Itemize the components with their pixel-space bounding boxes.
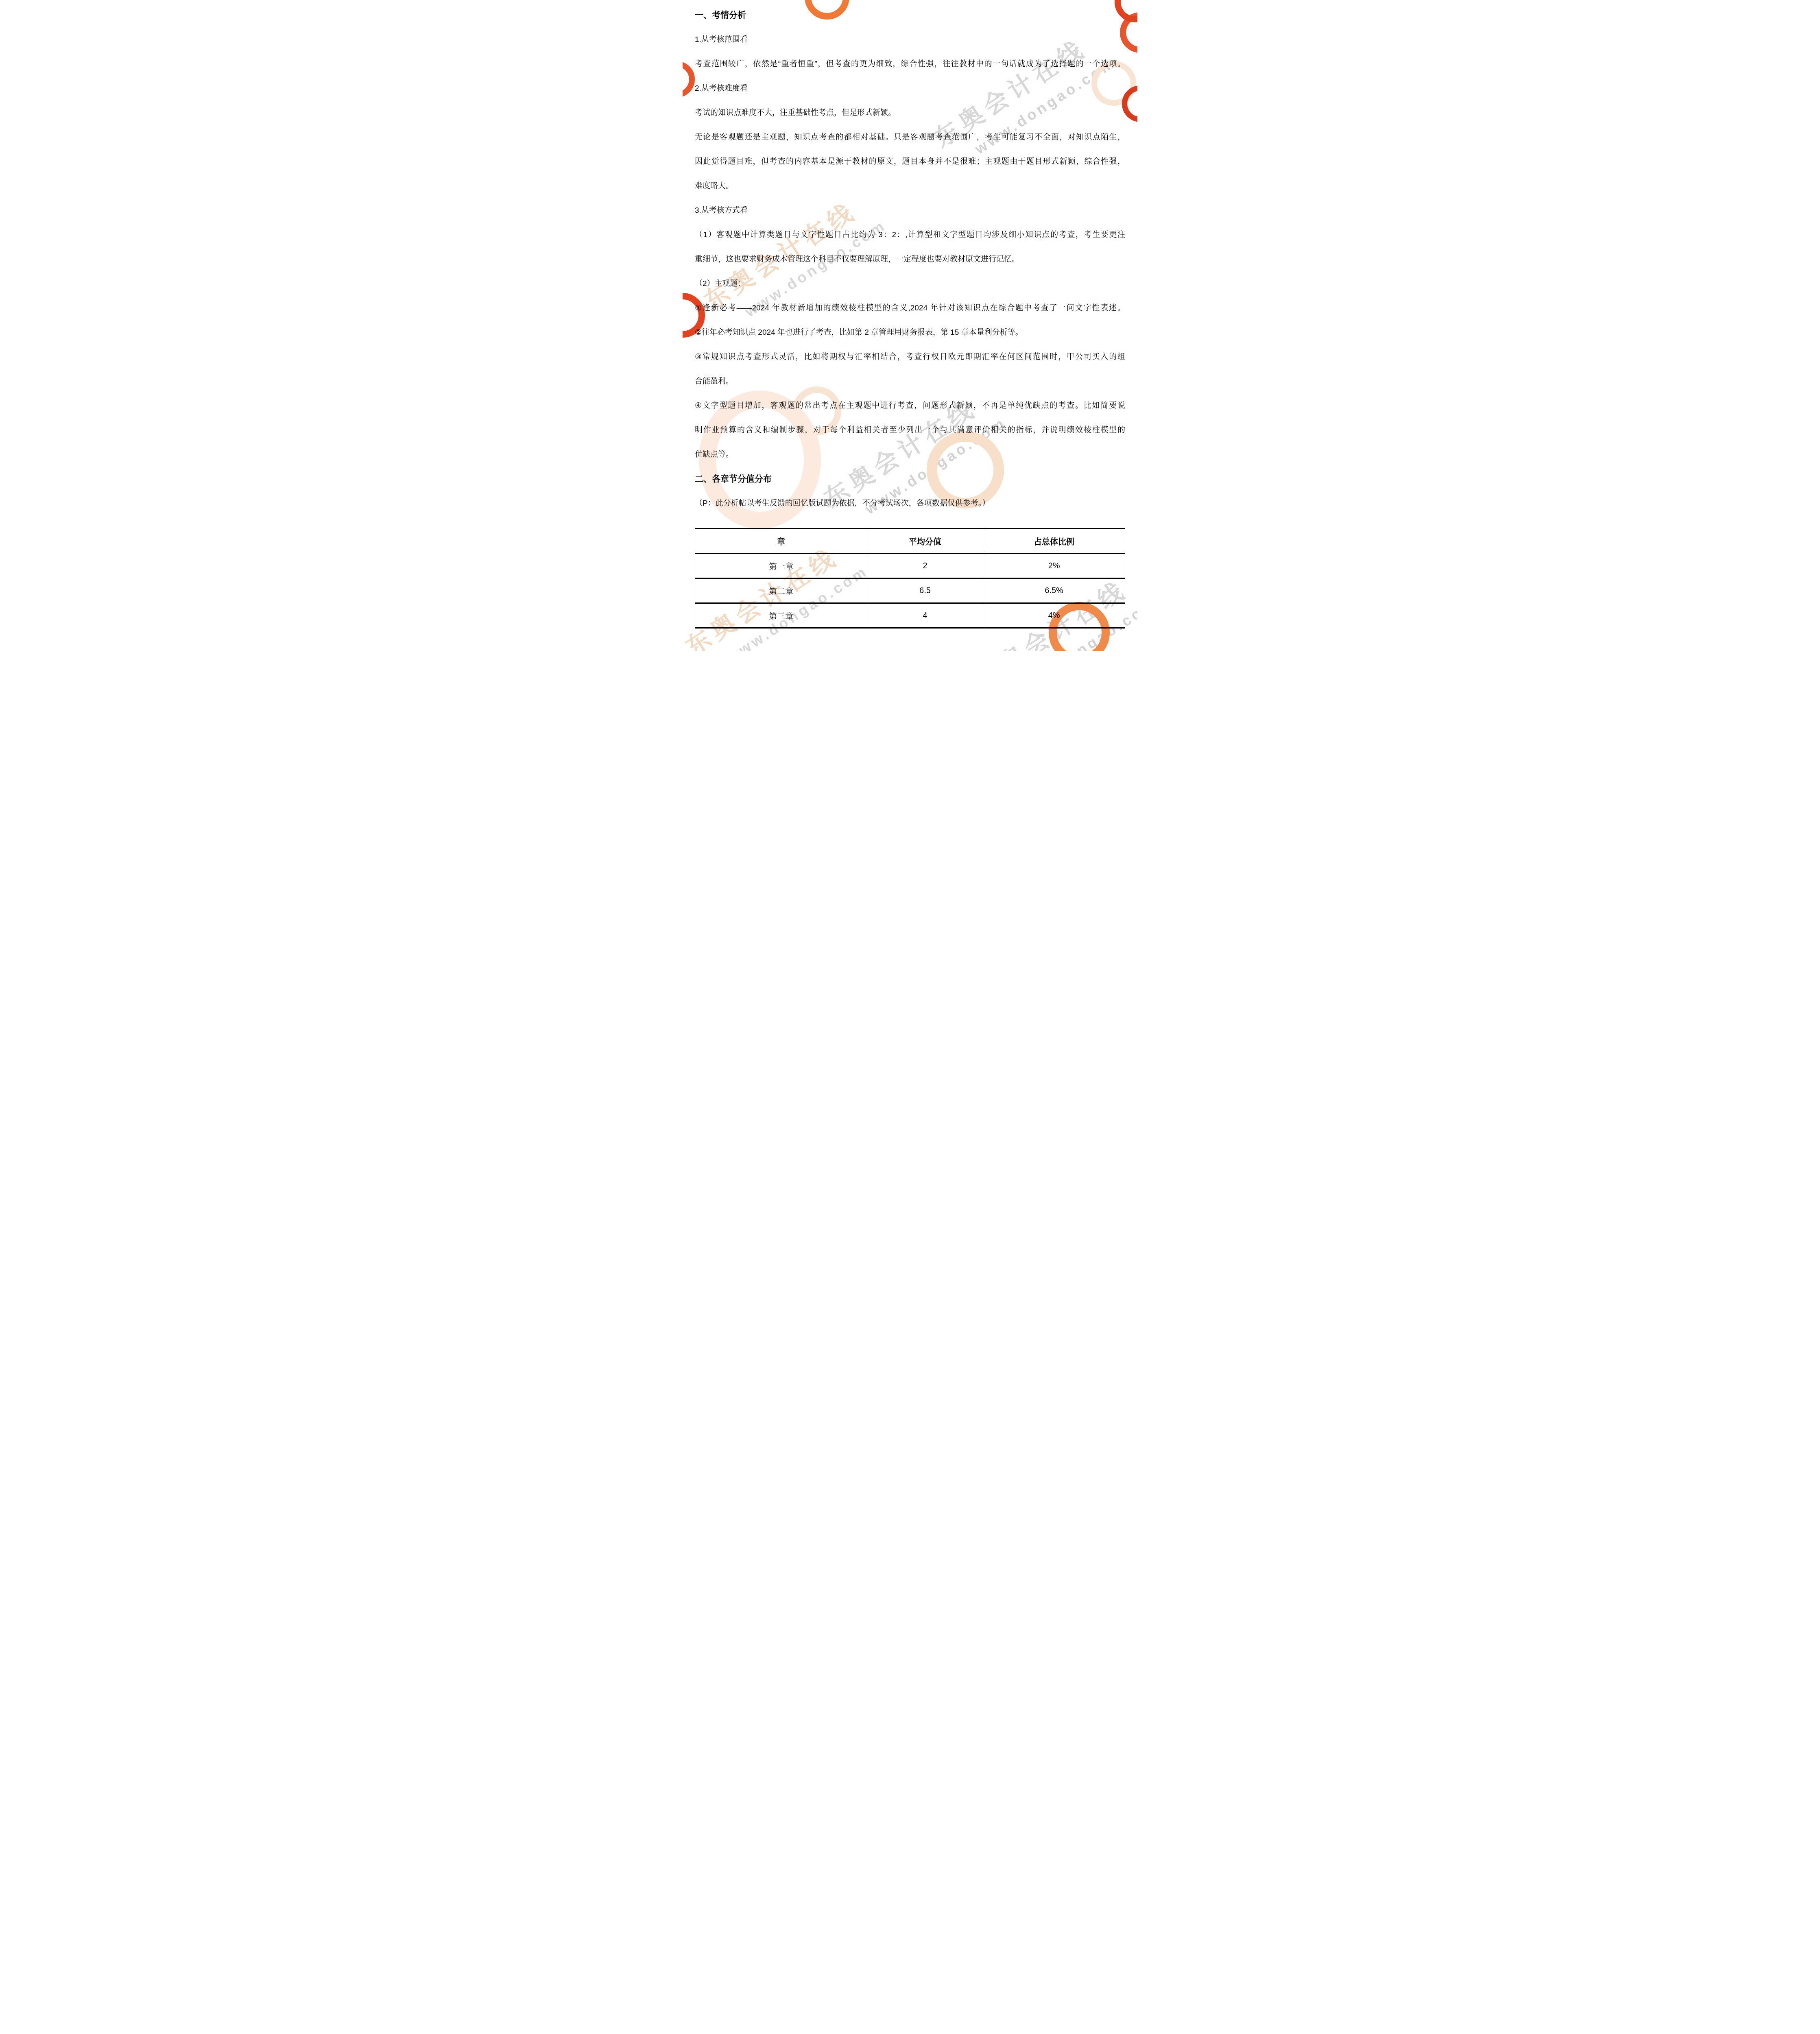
section-heading: 二、各章节分值分布 (695, 467, 1125, 491)
table-cell: 4% (983, 603, 1125, 628)
text-line: 2.从考核难度看 (695, 76, 1125, 101)
table-header-cell: 占总体比例 (983, 529, 1125, 554)
text-line: 3.从考核方式看 (695, 199, 1125, 223)
text-line: 难度略大。 (695, 174, 1125, 199)
text-line: 因此觉得题目难，但考查的内容基本是源于教材的原文，题目本身并不是很难；主观题由于… (695, 150, 1125, 174)
table-cell: 6.5% (983, 578, 1125, 603)
table-cell: 2 (867, 554, 983, 578)
table-cell: 第三章 (695, 603, 867, 628)
table-cell: 6.5 (867, 578, 983, 603)
table-cell: 第一章 (695, 554, 867, 578)
table-header-cell: 章 (695, 529, 867, 554)
table-header-cell: 平均分值 (867, 529, 983, 554)
section-heading: 一、考情分析 (695, 3, 1125, 28)
text-line: 考查范围较广，依然是“重者恒重”，但考查的更为细致，综合性强，往往教材中的一句话… (695, 52, 1125, 76)
text-line: 考试的知识点难度不大，注重基础性考点，但是形式新颖。 (695, 101, 1125, 125)
table-row: 第一章22% (695, 554, 1125, 578)
text-line: 1.从考核范围看 (695, 28, 1125, 52)
table-row: 第三章44% (695, 603, 1125, 628)
text-line: 明作业预算的含义和编制步骤，对于每个利益相关者至少列出一个与其满意评价相关的指标… (695, 418, 1125, 443)
text-lines: 一、考情分析1.从考核范围看考查范围较广，依然是“重者恒重”，但考查的更为细致，… (695, 3, 1125, 516)
table-cell: 第二章 (695, 578, 867, 603)
document-page: 东奥会计在线 www.dongao.com 东奥会计在线 www.dongao.… (683, 0, 1137, 651)
table-row: 第二章6.56.5% (695, 578, 1125, 603)
text-line: ③常规知识点考查形式灵活，比如将期权与汇率相结合，考查行权日欧元即期汇率在何区间… (695, 345, 1125, 369)
text-line: ①逢新必考——2024 年教材新增加的绩效棱柱模型的含义,2024 年针对该知识… (695, 296, 1125, 321)
text-line: 无论是客观题还是主观题，知识点考查的都相对基础。只是客观题考查范围广，考生可能复… (695, 125, 1125, 150)
table-header-row: 章平均分值占总体比例 (695, 529, 1125, 554)
table-cell: 2% (983, 554, 1125, 578)
text-line: ④文字型题目增加，客观题的常出考点在主观题中进行考查，问题形式新颖，不再是单纯优… (695, 394, 1125, 418)
text-line: （P：此分析帖以考生反馈的回忆版试题为依据，不分考试场次，各项数据仅供参考。） (695, 491, 1125, 516)
table-cell: 4 (867, 603, 983, 628)
text-line: （1）客观题中计算类题目与文字性题目占比约为 3：2：,计算型和文字型题目均涉及… (695, 223, 1125, 247)
text-line: 合能盈利。 (695, 369, 1125, 394)
text-line: （2）主观题： (695, 272, 1125, 296)
score-distribution-table: 章平均分值占总体比例 第一章22%第二章6.56.5%第三章44% (695, 528, 1125, 629)
text-line: ②往年必考知识点 2024 年也进行了考查，比如第 2 章管理用财务报表，第 1… (695, 321, 1125, 345)
text-line: 优缺点等。 (695, 443, 1125, 467)
document-content: 一、考情分析1.从考核范围看考查范围较广，依然是“重者恒重”，但考查的更为细致，… (683, 0, 1137, 629)
text-line: 重细节，这也要求财务成本管理这个科目不仅要理解原理，一定程度也要对教材原文进行记… (695, 247, 1125, 272)
